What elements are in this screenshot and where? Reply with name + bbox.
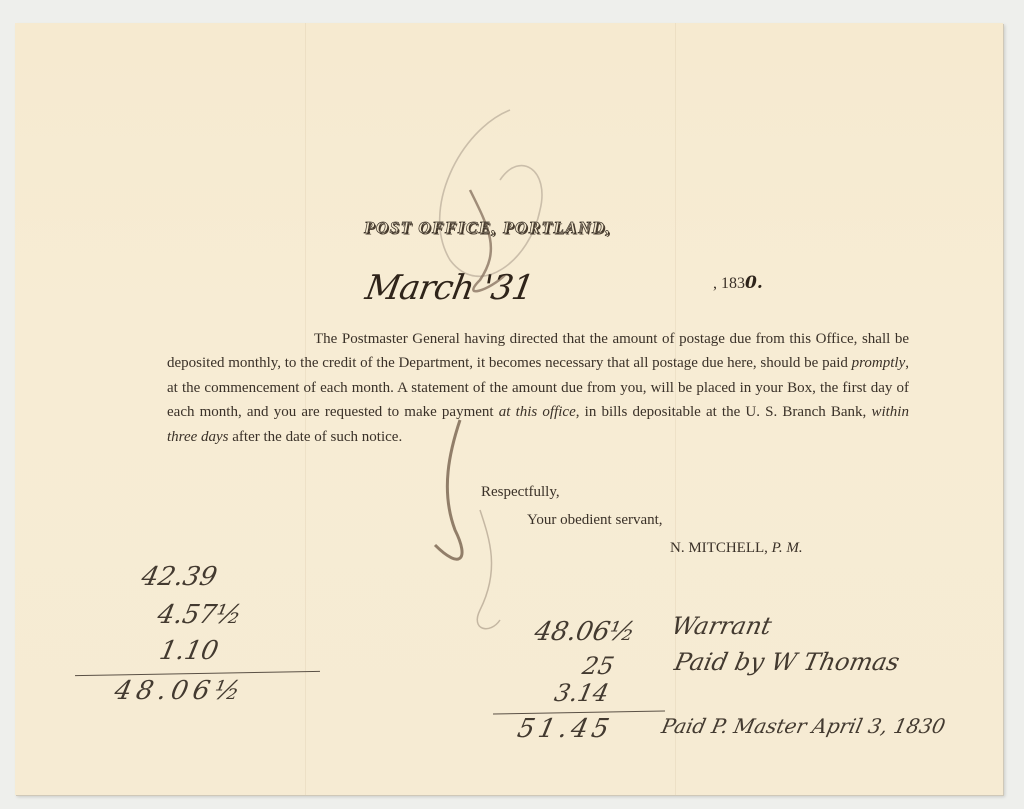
left-calc-line: 1.10 (157, 636, 221, 666)
left-calc-line: 4.57½ (155, 600, 244, 630)
date-year-line: , 1830. (713, 273, 763, 293)
handwritten-date: March '31 (362, 268, 536, 308)
left-calc-line: 42.39 (139, 562, 220, 592)
notice-paragraph: The Postmaster General having directed t… (167, 327, 909, 449)
signature-name: N. MITCHELL, (670, 540, 772, 556)
right-calc-amount: 3.14 (552, 679, 611, 707)
body-text: after the date of such notice. (229, 429, 403, 445)
right-calc-amount: 48.06½ (532, 617, 638, 647)
post-office-heading: POST OFFICE, PORTLAND, (364, 218, 764, 238)
handwritten-year-digit: 0. (745, 273, 763, 293)
body-text: The Postmaster General having directed t… (167, 331, 909, 371)
closing-respectfully: Respectfully, (481, 484, 560, 501)
right-calc-note: Warrant (669, 612, 774, 640)
body-emphasis: promptly (852, 355, 906, 371)
notice-body: The Postmaster General having directed t… (167, 327, 909, 449)
printed-year: , 183 (713, 275, 745, 292)
signature: N. MITCHELL, P. M. (670, 540, 803, 557)
closing-valediction: Your obedient servant, (527, 512, 663, 529)
right-calc-total: 51.45 (515, 714, 616, 744)
right-calc-note: Paid by W Thomas (672, 648, 902, 676)
body-emphasis: at this office (499, 404, 576, 420)
body-text: , in bills depositable at the U. S. Bran… (576, 404, 872, 420)
left-calc-total: 48.06½ (112, 676, 248, 706)
right-calc-paid-note: Paid P. Master April 3, 1830 (659, 714, 947, 738)
right-calc-amount: 25 (580, 652, 616, 680)
signature-title: P. M. (772, 540, 803, 556)
